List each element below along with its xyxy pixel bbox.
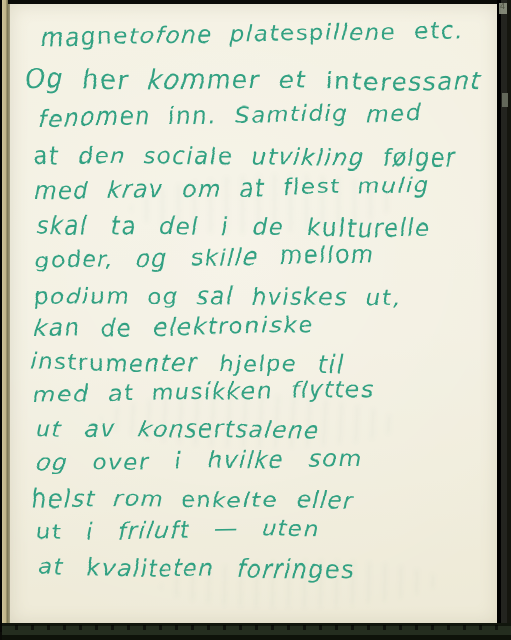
handwritten-line: instrumenter hjelpe til	[30, 350, 345, 378]
handwritten-line: magnetofone platespillene etc.	[42, 18, 464, 51]
handwritten-line: goder, og skille mellom	[34, 243, 375, 274]
handwritten-line: at kvaliteten forringes	[38, 555, 354, 583]
handwritten-line: helst rom enkelte eller	[32, 486, 354, 514]
handwritten-line: fenomen inn. Samtidig med	[38, 100, 423, 132]
handwritten-line: at den sociale utvikling følger	[34, 143, 458, 172]
photographed-book-page: magnetofone platespillene etc. Og her ko…	[0, 0, 511, 640]
book-cover-edge-bottom	[2, 623, 511, 640]
handwritten-line: skal ta del i de kulturelle	[36, 213, 431, 242]
handwritten-line: og over i hvilke som	[36, 446, 363, 477]
book-cover-edge-top	[8, 0, 511, 4]
margin-mark	[502, 93, 508, 107]
handwritten-line: podium og sal hviskes ut,	[34, 283, 402, 312]
handwritten-line: ut i friluft — uten	[36, 516, 321, 546]
handwritten-line: ut av konsertsalene	[36, 416, 321, 444]
handwritten-line: med at musikken flyttes	[34, 377, 375, 408]
notebook-page: magnetofone platespillene etc. Og her ko…	[10, 4, 498, 624]
handwritten-line: Og her kommer et interessant	[26, 64, 483, 96]
handwritten-line: med krav om at flest mulig	[34, 173, 430, 205]
corner-mark	[499, 3, 507, 14]
handwritten-text: magnetofone platespillene etc. Og her ko…	[10, 4, 498, 624]
handwritten-line: kan de elektroniske	[34, 313, 313, 343]
